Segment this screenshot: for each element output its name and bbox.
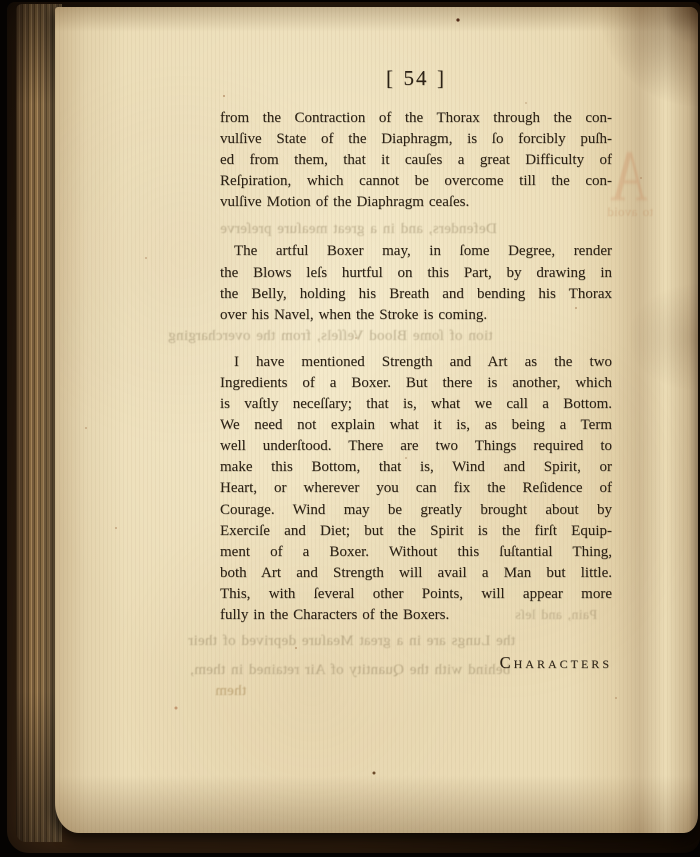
catchword: Characters: [220, 653, 612, 673]
text-line: Exerciſe and Diet; but the Spirit is the…: [220, 521, 612, 542]
text-line: The artful Boxer may, in ſome Degree, re…: [220, 241, 612, 262]
text-line: both Art and Strength will avail a Man b…: [220, 563, 612, 584]
paper-speckles: [55, 7, 57, 9]
text-line: is vaſtly neceſſary; that is, what we ca…: [220, 394, 612, 415]
paragraph-1: from the Contraction of the Thorax throu…: [220, 108, 612, 213]
text-line: ed from them, that it cauſes a great Dif…: [220, 150, 612, 171]
text-line: vulſive Motion of the Diaphragm ceaſes.: [220, 192, 612, 213]
book-scan: Defenders, and in a great meaſure preſer…: [0, 0, 700, 857]
book-page: Defenders, and in a great meaſure preſer…: [55, 7, 698, 833]
show-through-fragment: them: [215, 683, 246, 700]
show-through-fragment: to avoid: [607, 204, 653, 220]
text-line: vulſive State of the Diaphragm, is ſo fo…: [220, 129, 612, 150]
text-line: the Belly, holding his Breath and bendin…: [220, 284, 612, 305]
text-line: over his Navel, when the Stroke is comin…: [220, 305, 612, 326]
paragraph-3: I have mentioned Strength and Art as the…: [220, 352, 612, 626]
text-line: Courage. Wind may be greatly brought abo…: [220, 500, 612, 521]
text-line: I have mentioned Strength and Art as the…: [220, 352, 612, 373]
text-line: the Blows leſs hurtful on this Part, by …: [220, 263, 612, 284]
text-line: We need not explain what it is, as being…: [220, 415, 612, 436]
text-block: [ 54 ] from the Contraction of the Thora…: [220, 63, 612, 673]
text-line: well underſtood. There are two Things re…: [220, 436, 612, 457]
text-line: make this Bottom, that is, Wind and Spir…: [220, 457, 612, 478]
text-line: Ingredients of a Boxer. But there is ano…: [220, 373, 612, 394]
text-line: fully in the Characters of the Boxers.: [220, 605, 612, 626]
page-number: [ 54 ]: [220, 63, 612, 93]
text-line: ment of a Boxer. Without this ſuſtantial…: [220, 542, 612, 563]
paragraph-2: The artful Boxer may, in ſome Degree, re…: [220, 241, 612, 325]
show-through-dropcap: A: [610, 143, 647, 209]
text-line: Heart, or wherever you can fix the Reſid…: [220, 478, 612, 499]
text-line: This, with ſeveral other Points, will ap…: [220, 584, 612, 605]
text-line: Reſpiration, which cannot be overcome ti…: [220, 171, 612, 192]
text-line: from the Contraction of the Thorax throu…: [220, 108, 612, 129]
